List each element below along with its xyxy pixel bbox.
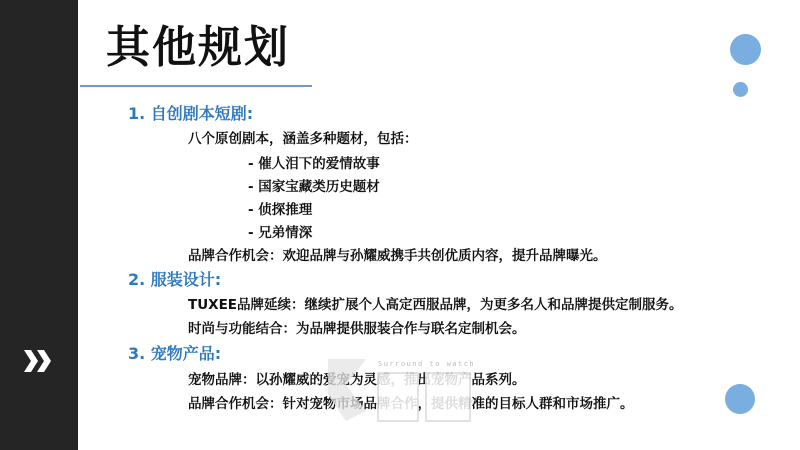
section-2-line: 时尚与功能结合：为品牌提供服装合作与联名定制机会。 bbox=[188, 319, 526, 339]
watermark-subtext: Surround to watch bbox=[378, 360, 475, 368]
section-heading-2: 2. 服装设计: bbox=[128, 269, 221, 291]
page-title: 其他规划 bbox=[106, 22, 290, 74]
double-chevron-right-icon bbox=[22, 348, 54, 374]
section-heading-1: 1. 自创剧本短剧: bbox=[128, 103, 253, 125]
bullet-item: - 兄弟情深 bbox=[248, 223, 312, 243]
section-heading-3: 3. 宠物产品: bbox=[128, 343, 221, 365]
title-underline bbox=[80, 85, 312, 87]
left-sidebar bbox=[0, 0, 78, 450]
bullet-item: - 催人泪下的爱情故事 bbox=[248, 154, 380, 174]
section-1-intro: 八个原创剧本，涵盖多种题材，包括： bbox=[188, 129, 418, 149]
decor-circle-small bbox=[733, 82, 748, 97]
bullet-item: - 侦探推理 bbox=[248, 200, 312, 220]
section-1-outro: 品牌合作机会：欢迎品牌与孙耀威携手共创优质内容，提升品牌曝光。 bbox=[188, 246, 607, 266]
decor-circle-bottom bbox=[725, 384, 755, 414]
bullet-item: - 国家宝藏类历史题材 bbox=[248, 177, 380, 197]
section-2-line: TUXEE品牌延续：继续扩展个人高定西服品牌，为更多名人和品牌提供定制服务。 bbox=[188, 295, 683, 315]
decor-circle-large bbox=[730, 34, 761, 65]
